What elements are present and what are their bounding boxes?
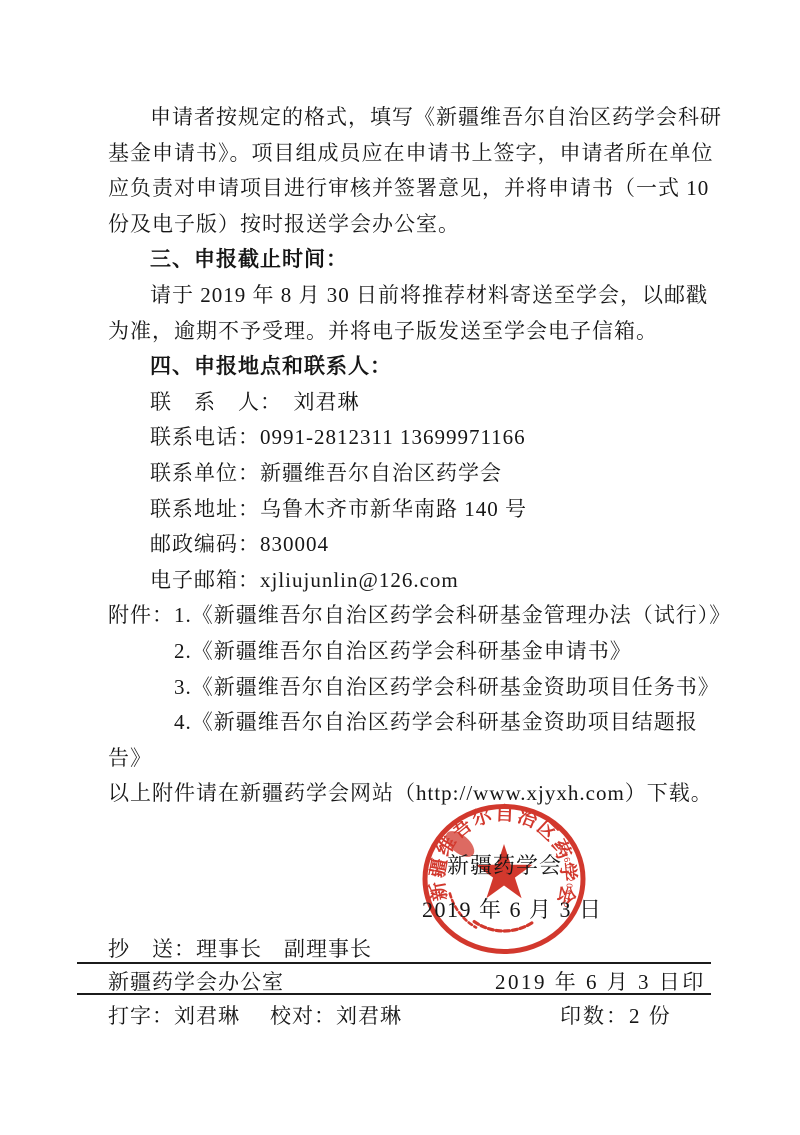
contact-value: xjliujunlin@126.com xyxy=(260,568,459,592)
cc-line: 抄 送：理事长 副理事长 xyxy=(108,933,372,963)
attachments-line1: 附件：1.《新疆维吾尔自治区药学会科研基金管理办法（试行）》 xyxy=(108,598,720,634)
section3-line2: 为准，逾期不予受理。并将电子版发送至学会电子信箱。 xyxy=(108,314,720,350)
contact-line-email: 电子邮箱：xjliujunlin@126.com xyxy=(108,563,720,599)
paragraph1-line4: 份及电子版）按时报送学会办公室。 xyxy=(108,207,720,243)
paragraph1-line3: 应负责对申请项目进行审核并签署意见，并将申请书（一式 10 xyxy=(108,171,720,207)
typist-label: 打字： xyxy=(108,1004,174,1028)
section4-title: 四、申报地点和联系人： xyxy=(108,349,720,385)
typist-proof-line: 打字：刘君琳校对：刘君琳 xyxy=(108,1000,402,1030)
contact-line-address: 联系地址：乌鲁木齐市新华南路 140 号 xyxy=(108,492,720,528)
contact-value: 830004 xyxy=(260,532,329,556)
section3-title: 三、申报截止时间： xyxy=(108,242,720,278)
print-date: 2019 年 6 月 3 日印 xyxy=(495,966,706,996)
footer-divider-2 xyxy=(77,993,711,995)
attachment-item-4-wrap: 告》 xyxy=(108,741,720,777)
proof-label: 校对： xyxy=(270,1004,336,1028)
contact-value: 乌鲁木齐市新华南路 140 号 xyxy=(260,497,527,521)
section3-line1: 请于 2019 年 8 月 30 日前将推荐材料寄送至学会，以邮戳 xyxy=(108,278,720,314)
attachment-item-2: 2.《新疆维吾尔自治区药学会科研基金申请书》 xyxy=(108,634,720,670)
cc-value: 理事长 副理事长 xyxy=(196,937,372,961)
attachment-item-3: 3.《新疆维吾尔自治区药学会科研基金资助项目任务书》 xyxy=(108,670,720,706)
contact-label: 邮政编码： xyxy=(150,532,260,556)
document-body: 申请者按规定的格式，填写《新疆维吾尔自治区药学会科研 基金申请书》。项目组成员应… xyxy=(108,100,720,812)
contact-line-phone: 联系电话：0991-2812311 13699971166 xyxy=(108,420,720,456)
contact-line-name: 联 系 人： 刘君琳 xyxy=(108,385,720,421)
proof-name: 刘君琳 xyxy=(336,1004,402,1028)
contact-label: 联系电话： xyxy=(150,425,260,449)
attachment-item-1: 1.《新疆维吾尔自治区药学会科研基金管理办法（试行）》 xyxy=(174,603,731,627)
footer-divider-1 xyxy=(77,962,711,964)
copies-label: 印数： xyxy=(560,1004,629,1028)
copies-line: 印数：2 份 xyxy=(560,1000,672,1030)
contact-value: 刘君琳 xyxy=(272,390,360,414)
paragraph1-line1: 申请者按规定的格式，填写《新疆维吾尔自治区药学会科研 xyxy=(108,100,720,136)
contact-line-postcode: 邮政编码：830004 xyxy=(108,527,720,563)
typist-name: 刘君琳 xyxy=(174,1004,240,1028)
contact-label: 联 系 人： xyxy=(150,390,272,414)
copies-value: 2 份 xyxy=(629,1004,672,1028)
contact-label: 电子邮箱： xyxy=(150,568,260,592)
cc-label: 抄 送： xyxy=(108,937,196,961)
attachments-label: 附件： xyxy=(108,603,174,627)
contact-line-org: 联系单位：新疆维吾尔自治区药学会 xyxy=(108,456,720,492)
contact-label: 联系单位： xyxy=(150,461,260,485)
attachment-item-4: 4.《新疆维吾尔自治区药学会科研基金资助项目结题报 xyxy=(108,705,720,741)
official-seal: 新疆维吾尔自治区药学会 2160120912 xyxy=(419,802,591,960)
signature-date: 2019 年 6 月 3 日 xyxy=(422,893,603,924)
issuing-office: 新疆药学会办公室 xyxy=(108,966,284,996)
paragraph1-line2: 基金申请书》。项目组成员应在申请书上签字，申请者所在单位 xyxy=(108,136,720,172)
download-note: 以上附件请在新疆药学会网站（http://www.xjyxh.com）下载。 xyxy=(108,776,720,812)
contact-label: 联系地址： xyxy=(150,497,260,521)
contact-value: 新疆维吾尔自治区药学会 xyxy=(260,461,502,485)
document-page: 申请者按规定的格式，填写《新疆维吾尔自治区药学会科研 基金申请书》。项目组成员应… xyxy=(0,0,800,1135)
signature-org: 新疆药学会 xyxy=(447,849,562,880)
contact-value: 0991-2812311 13699971166 xyxy=(260,425,526,449)
